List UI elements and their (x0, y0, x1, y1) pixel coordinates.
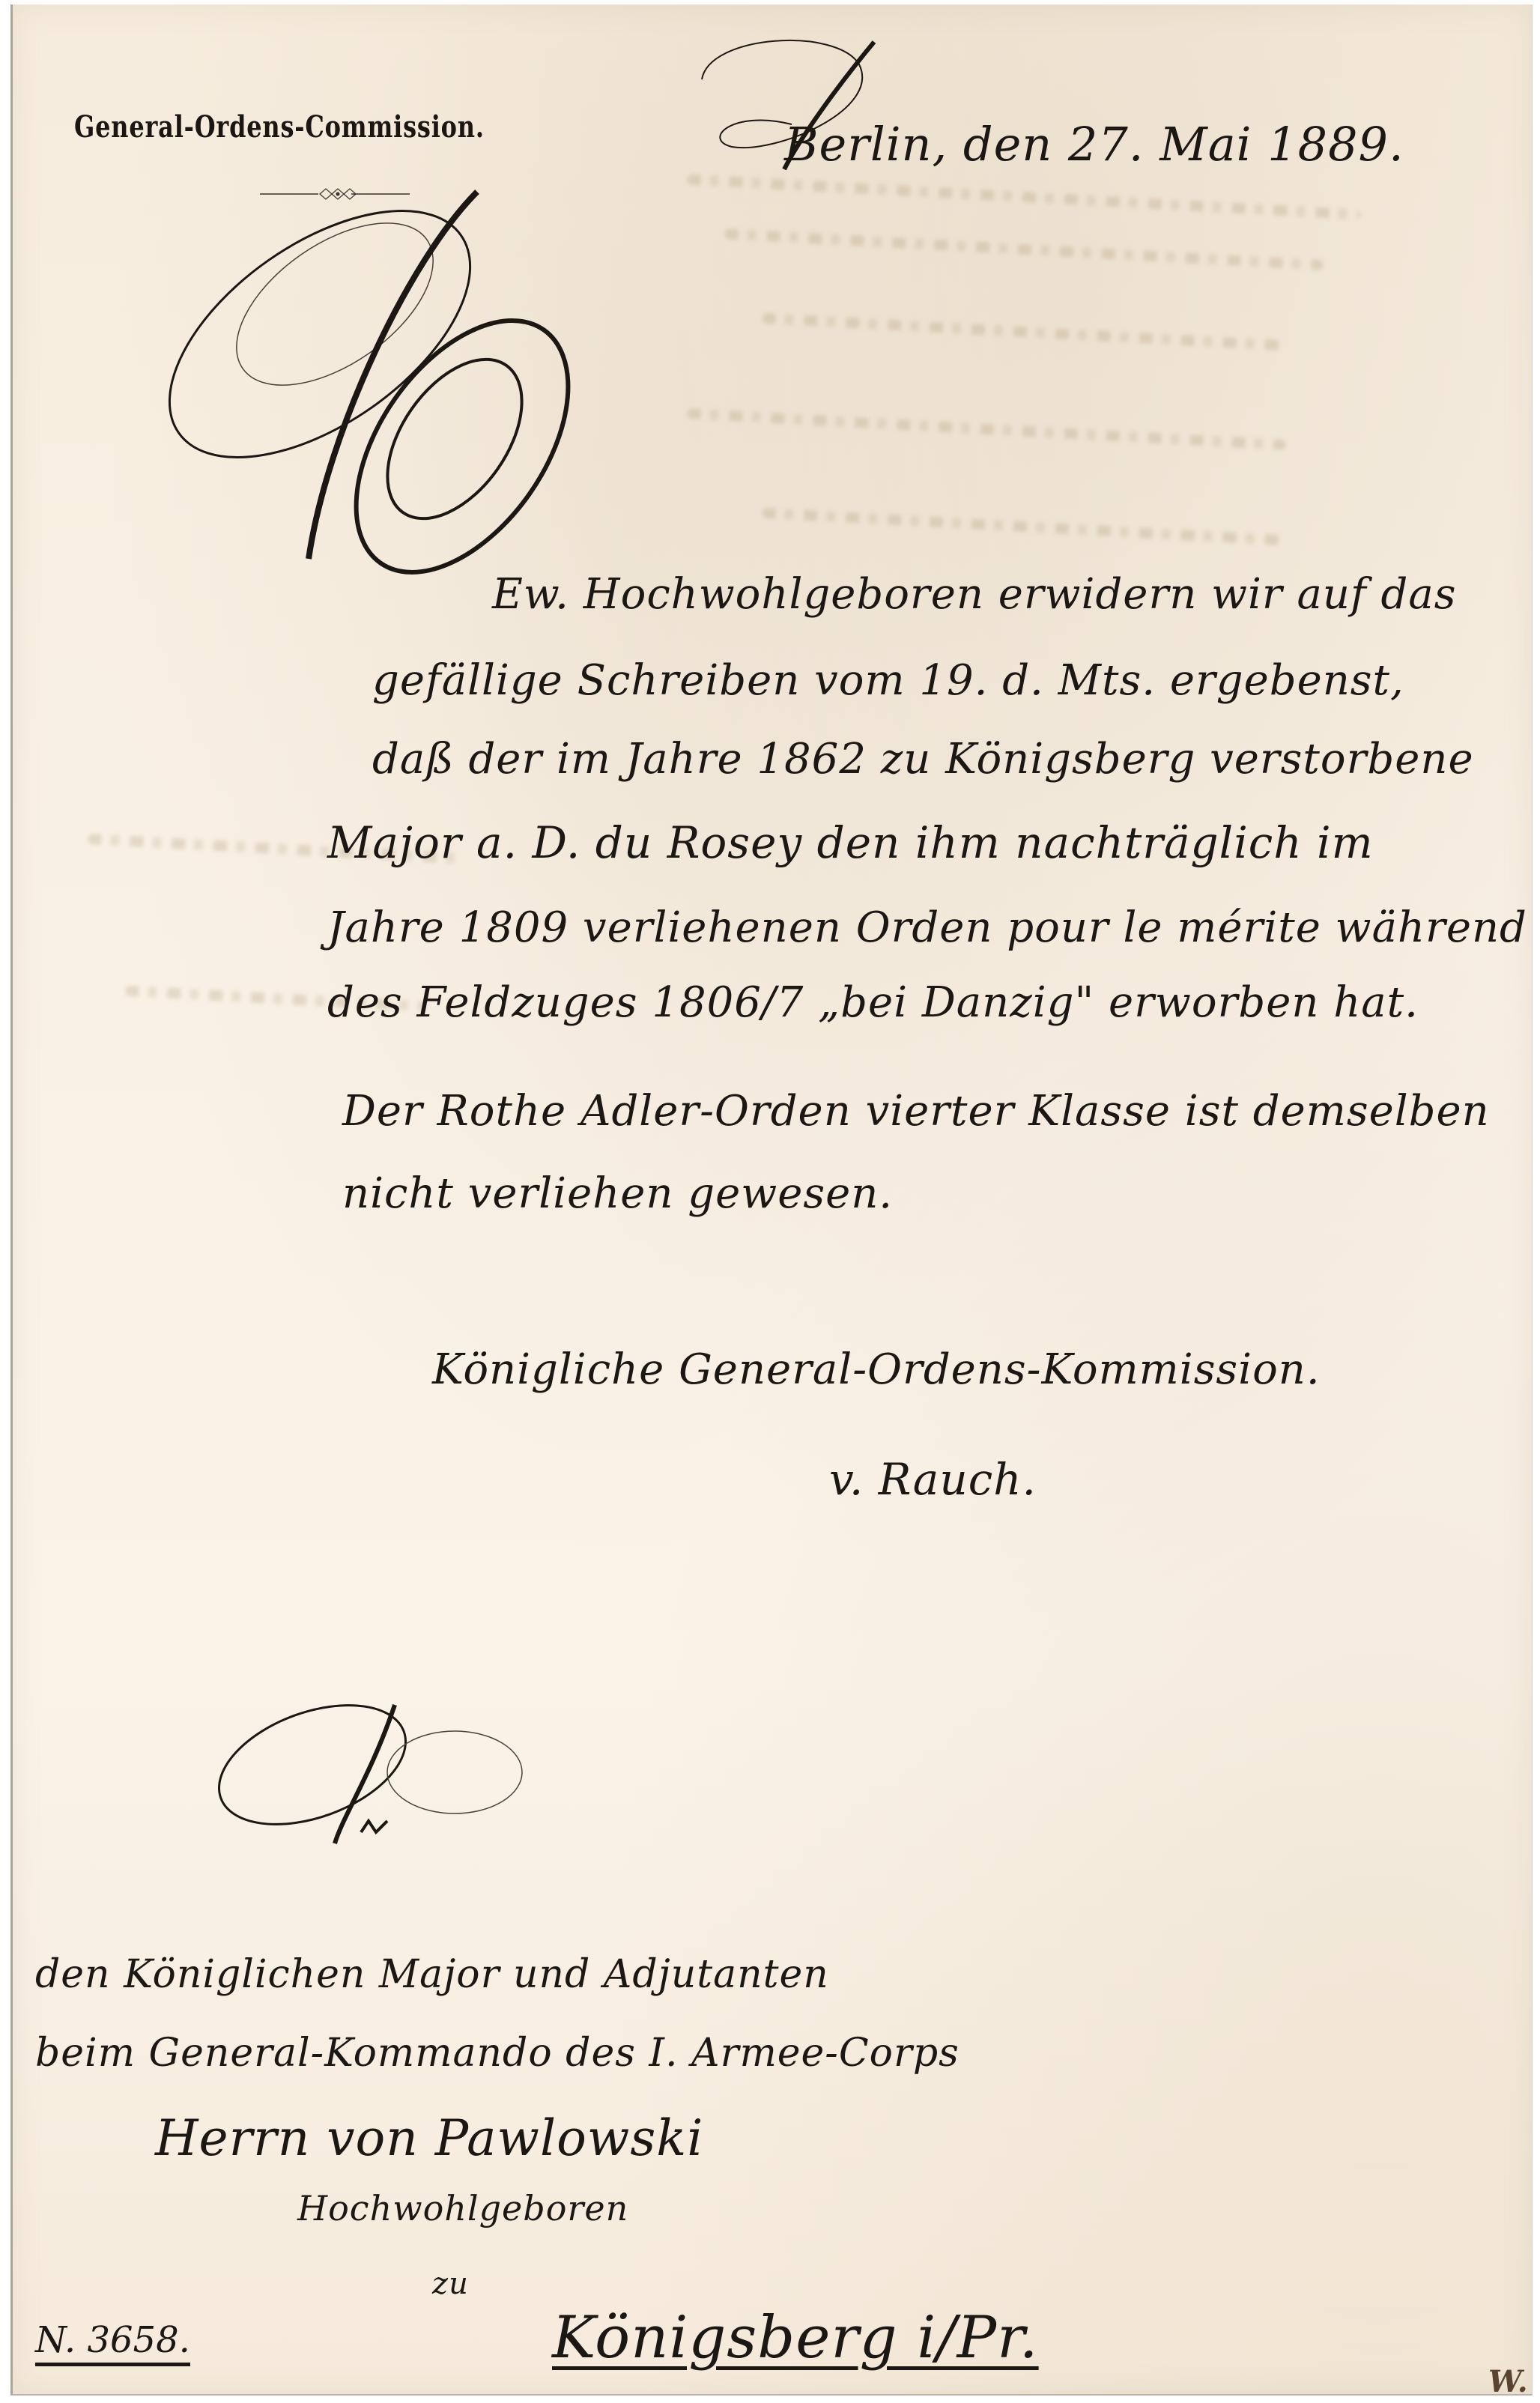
address-line-4: Hochwohlgeboren (297, 2188, 628, 2228)
body-line-3: daß der im Jahre 1862 zu Königsberg vers… (372, 735, 1474, 784)
closing-line: Königliche General-Ordens-Kommission. (432, 1345, 1321, 1394)
bleed-through (724, 228, 1324, 270)
initial-E-flourish (163, 169, 762, 619)
body-line-2: gefällige Schreiben vom 19. d. Mts. erge… (372, 656, 1404, 705)
address-line-1: den Königlichen Major und Adjutanten (35, 1952, 829, 1997)
letter-sheet: General-Ordens-Commission. Berlin, den 2… (10, 4, 1533, 2396)
bleed-through (762, 313, 1286, 351)
initial-A-flourish (207, 1682, 522, 1855)
corner-mark: W. (1488, 2364, 1528, 2399)
date-line: Berlin, den 27. Mai 1889. (784, 117, 1404, 172)
body-line-6: des Feldzuges 1806/7 „bei Danzig" erworb… (327, 978, 1419, 1027)
body-line-4: Major a. D. du Rosey den ihm nachträglic… (327, 817, 1374, 868)
address-line-2: beim General-Kommando des I. Armee-Corps (35, 2031, 960, 2076)
bleed-through (687, 174, 1360, 219)
body-line-5: Jahre 1809 verliehenen Orden pour le mér… (327, 903, 1527, 952)
letterhead: General-Ordens-Commission. (74, 109, 485, 145)
bleed-through (687, 408, 1286, 450)
body-line-1: Ew. Hochwohlgeboren erwidern wir auf das (492, 570, 1456, 619)
address-line-5: zu (432, 2267, 469, 2301)
bleed-through (762, 508, 1286, 546)
signature: v. Rauch. (829, 1454, 1037, 1505)
reference-number: N. 3658. (35, 2319, 190, 2366)
address-line-3: Herrn von Pawlowski (155, 2109, 703, 2167)
body-line-8: nicht verliehen gewesen. (342, 1169, 893, 1218)
body-line-7: Der Rothe Adler-Orden vierter Klasse ist… (342, 1087, 1490, 1136)
address-city: Königsberg i/Pr. (552, 2304, 1039, 2372)
